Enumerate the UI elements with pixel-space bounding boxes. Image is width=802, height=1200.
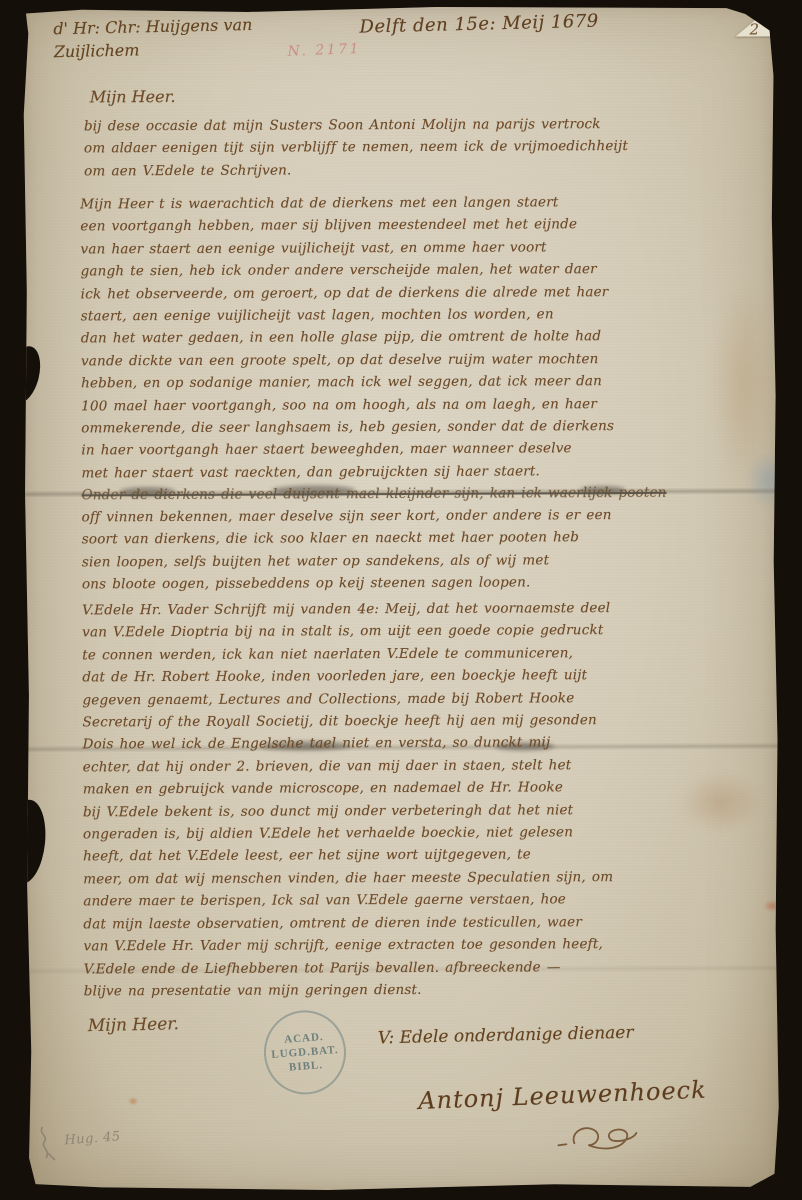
torn-edge-hole — [3, 798, 49, 885]
body-paragraph-1: bij dese occasie dat mijn Susters Soon A… — [84, 112, 776, 182]
body-paragraph-2-continued: off vinnen bekennen, maer deselve sijn s… — [82, 503, 774, 596]
archive-number: N. 2171 — [287, 41, 361, 60]
stamp-line-3: BIBL. — [289, 1059, 324, 1074]
closing-left: Mijn Heer. — [88, 1014, 179, 1036]
library-stamp: ACAD. LUGD.BAT. BIBL. — [261, 1008, 349, 1098]
page-number: 2 — [749, 20, 759, 38]
signature-flourish-icon — [554, 1121, 638, 1157]
body-paragraph-2: Mijn Heer t is waerachtich dat de dierke… — [80, 190, 773, 484]
pencil-squiggle-mark — [34, 1123, 60, 1163]
stamp-line-2: LUGD.BAT. — [271, 1043, 339, 1061]
signature: Antonj Leeuwenhoeck — [418, 1076, 707, 1115]
letter-page: d' Hr: Chr: Huijgens van Zuijlichem Delf… — [21, 4, 780, 1193]
addressee-note: d' Hr: Chr: Huijgens van Zuijlichem — [53, 13, 253, 63]
torn-edge-hole — [3, 343, 46, 406]
body-paragraph-3: V.Edele Hr. Vader Schrijft mij vanden 4e… — [82, 596, 776, 1002]
salutation: Mijn Heer. — [90, 87, 176, 106]
closing-formula: V: Edele onderdanige dienaer — [378, 1023, 634, 1049]
ink-spot — [128, 1097, 138, 1105]
shelf-mark: Hug. 45 — [64, 1129, 121, 1148]
dateline: Delft den 15e: Meij 1679 — [359, 11, 599, 38]
